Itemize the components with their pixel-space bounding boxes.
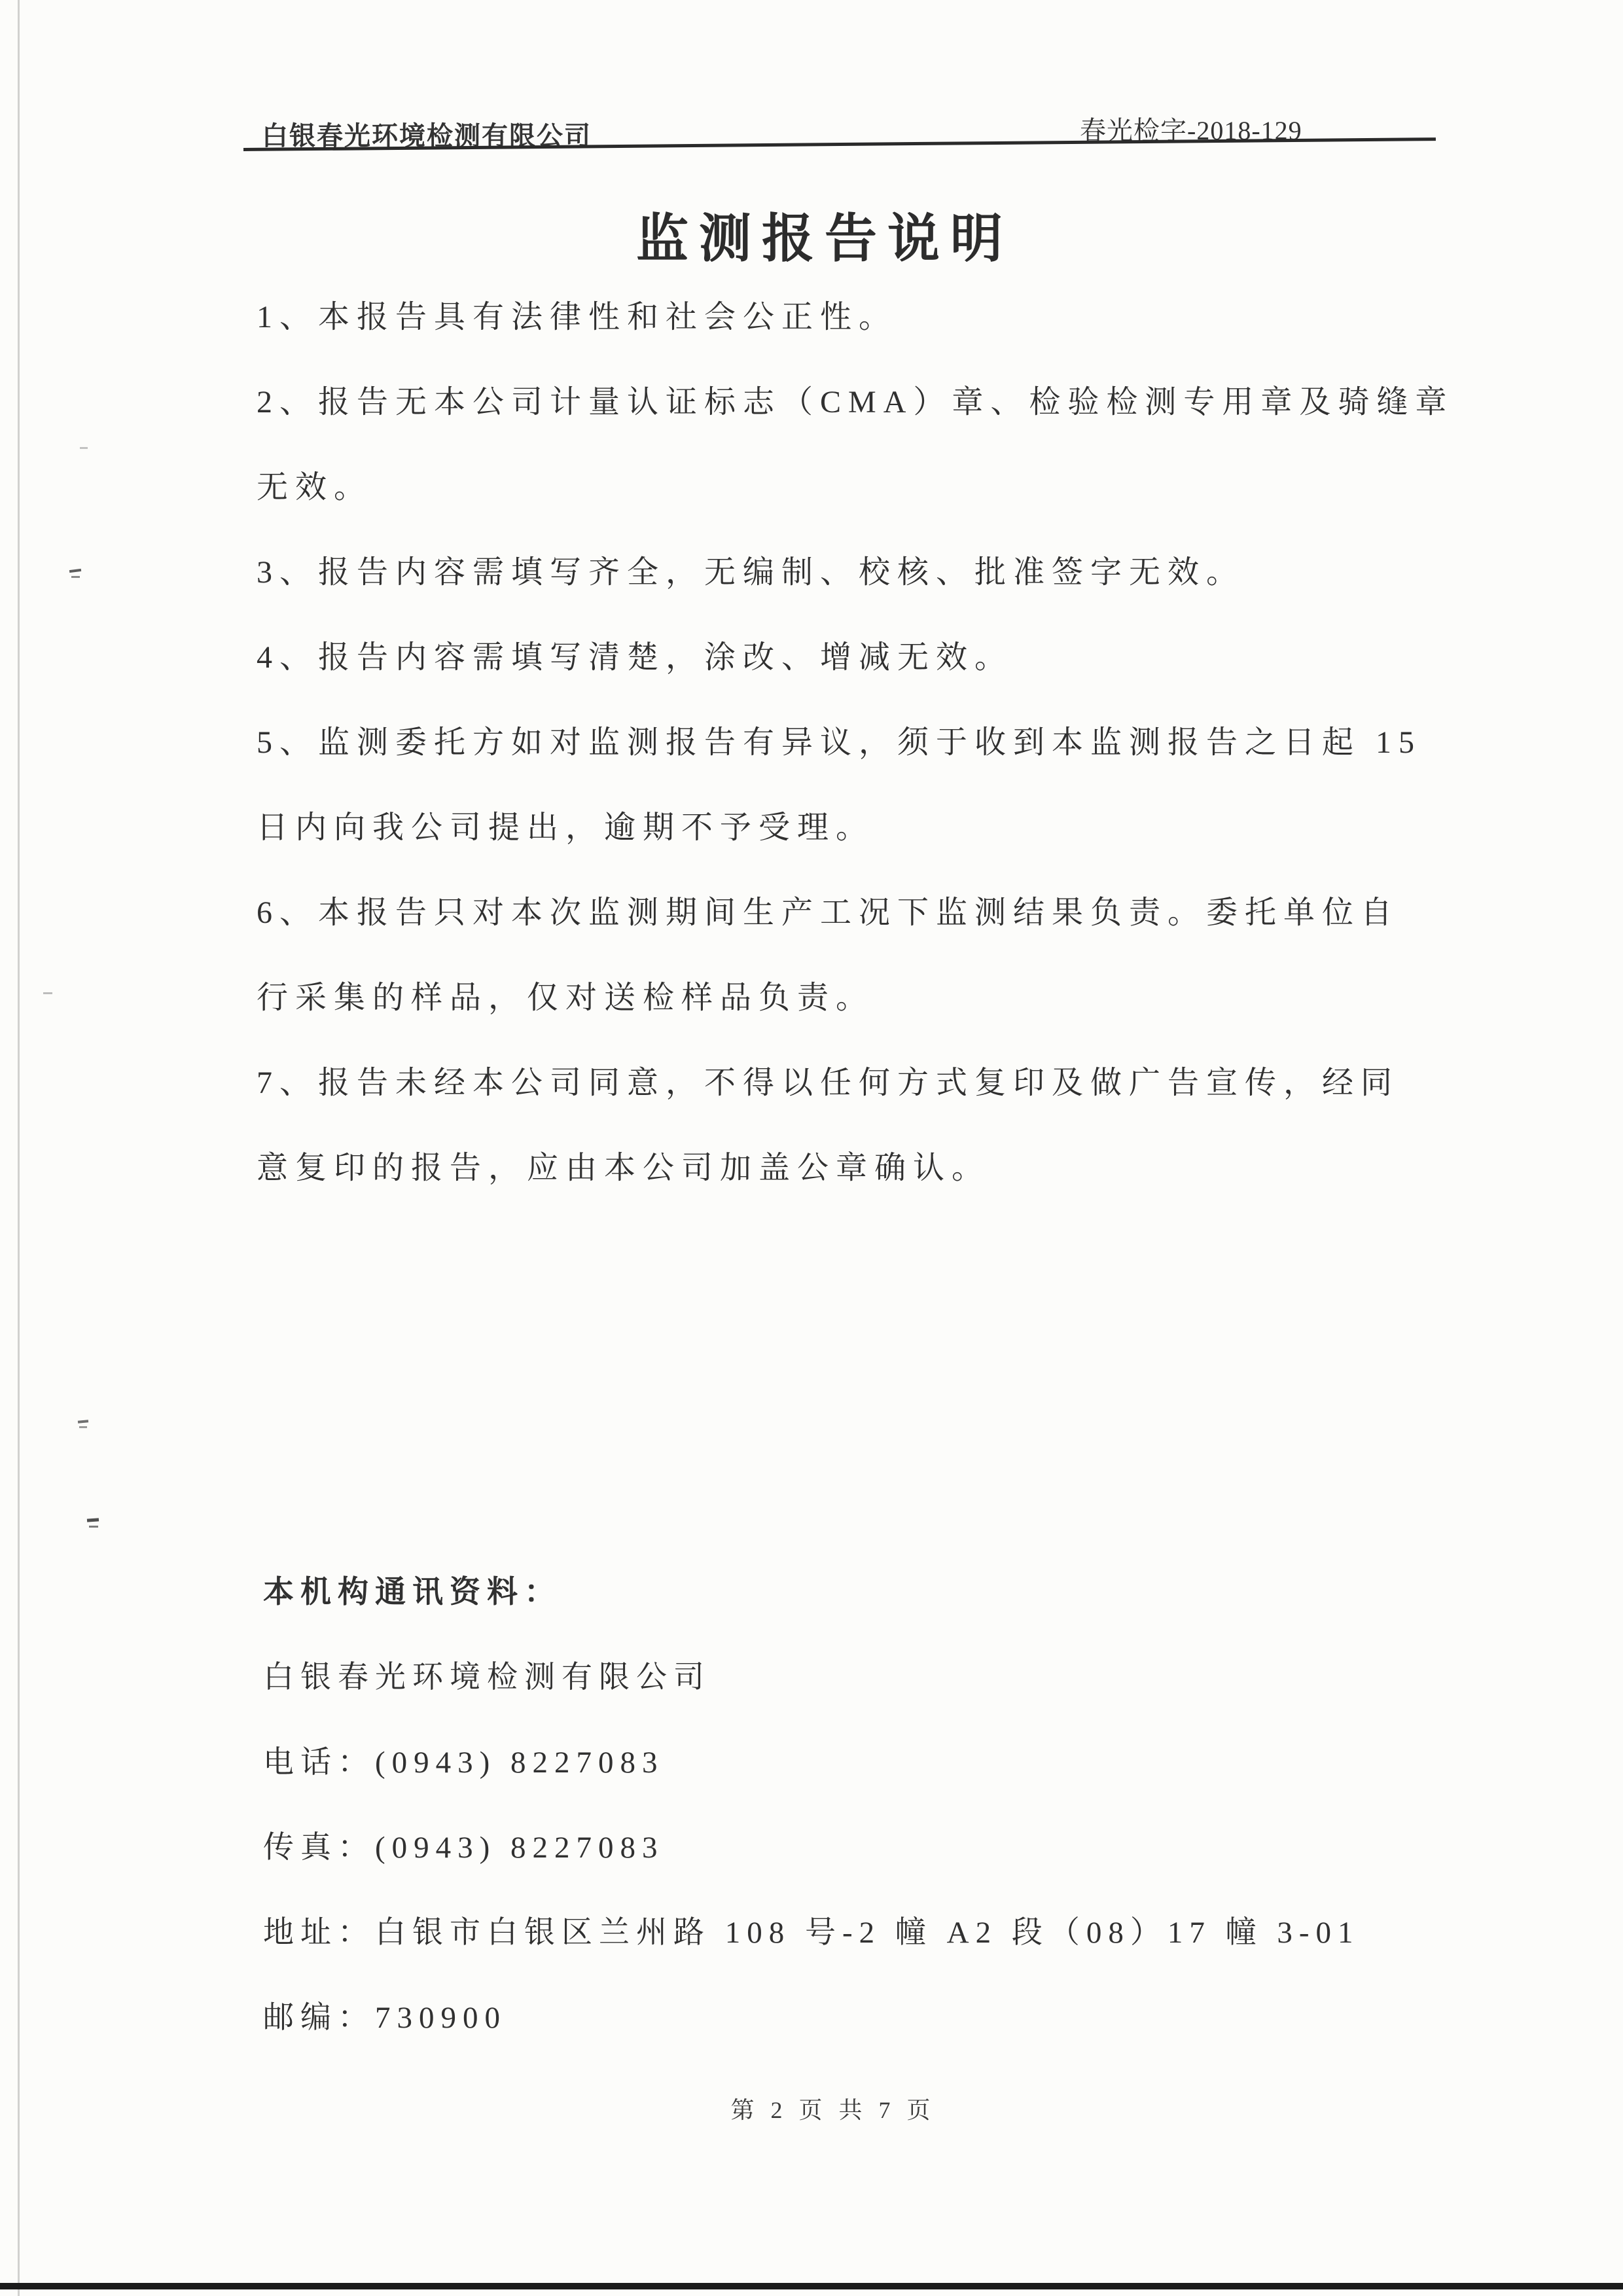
scan-speck	[79, 1426, 87, 1428]
note-line-10: 7、报告未经本公司同意，不得以任何方式复印及做广告宣传，经同	[257, 1041, 1421, 1126]
scan-speck	[69, 569, 81, 573]
scan-speck	[71, 576, 80, 578]
contact-heading: 本机构通讯资料：	[263, 1550, 1428, 1635]
note-line-4: 3、报告内容需填写齐全，无编制、校核、批准签字无效。	[257, 530, 1421, 615]
contact-address: 地址：白银市白银区兰州路 108 号-2 幢 A2 段（08）17 幢 3-01	[263, 1890, 1428, 1975]
note-line-6: 5、监测委托方如对监测报告有异议，须于收到本监测报告之日起 15	[257, 700, 1421, 785]
scan-speck	[43, 992, 52, 994]
contact-company: 白银春光环境检测有限公司	[263, 1635, 1428, 1720]
scan-speck	[89, 1526, 98, 1528]
note-line-11: 意复印的报告，应由本公司加盖公章确认。	[257, 1126, 1421, 1211]
note-line-1: 1、本报告具有法律性和社会公正性。	[257, 275, 1421, 360]
note-line-8: 6、本报告只对本次监测期间生产工况下监测结果负责。委托单位自	[257, 870, 1421, 956]
contact-info: 本机构通讯资料： 白银春光环境检测有限公司 电话：(0943) 8227083 …	[263, 1550, 1428, 2060]
scan-speck	[78, 1420, 88, 1423]
note-line-9: 行采集的样品，仅对送检样品负责。	[257, 956, 1421, 1041]
page-number: 第 2 页 共 7 页	[22, 2092, 1623, 2125]
note-line-7: 日内向我公司提出，逾期不予受理。	[257, 785, 1421, 870]
scan-edge-left-line	[18, 0, 20, 2296]
scan-speck	[80, 447, 88, 449]
note-line-5: 4、报告内容需填写清楚，涂改、增减无效。	[257, 615, 1421, 700]
note-line-3: 无效。	[257, 445, 1421, 530]
report-notes: 1、本报告具有法律性和社会公正性。 2、报告无本公司计量认证标志（CMA）章、检…	[257, 275, 1421, 1211]
contact-postcode: 邮编：730900	[263, 1975, 1428, 2060]
page-title: 监测报告说明	[255, 196, 1394, 272]
scan-speck	[87, 1518, 99, 1522]
contact-fax: 传真：(0943) 8227083	[263, 1805, 1428, 1890]
contact-phone: 电话：(0943) 8227083	[263, 1720, 1428, 1805]
note-line-2: 2、报告无本公司计量认证标志（CMA）章、检验检测专用章及骑缝章	[257, 360, 1421, 445]
scan-edge-bottom-line	[0, 2283, 1623, 2289]
scanned-report-page: 白银春光环境检测有限公司 春光检字-2018-129 监测报告说明 1、本报告具…	[0, 0, 1623, 2296]
